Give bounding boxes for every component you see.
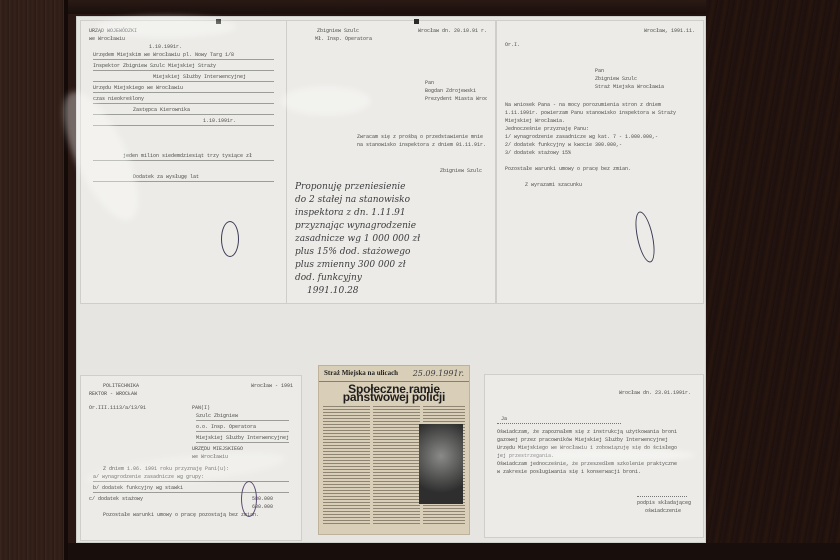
- handwritten-line: zasadnicze wg 1 000 000 zł: [295, 233, 487, 246]
- document-transfer-request: Zbigniew Szulc Mł. Insp. Operatora Wrocł…: [286, 20, 496, 304]
- recipient-line: Szulc Zbigniew: [196, 412, 289, 421]
- doc-line: Zastępca Kierownika: [93, 106, 274, 115]
- wooden-wall-right: [706, 0, 840, 560]
- doc-line: Oświadczam jednocześnie, że przeszedłem …: [497, 460, 691, 468]
- doc-date: Wrocław, 1991.11.: [505, 27, 695, 35]
- recipient-line: PAN(I): [192, 404, 293, 412]
- handwritten-date: 1991.10.28: [295, 285, 487, 298]
- recipient-line: URZĘDU MIEJSKIEGO: [192, 445, 293, 453]
- doc-line: Urzędu Miejskiego we Wrocławiu: [93, 84, 274, 93]
- recipient-line: Pan: [595, 67, 695, 75]
- request-body: Zwracam się z prośbą o przedstawienie mn…: [295, 133, 487, 149]
- doc-line: Oświadczam, że zapoznałem się z instrukc…: [497, 428, 691, 436]
- doc-line: Miejskiej Służby Interwencyjnej: [93, 73, 274, 82]
- recipient-line: Pan: [425, 79, 487, 87]
- doc-date: Wrocław dn. 23.01.1991r.: [497, 389, 691, 397]
- newspaper-clipping: Straż Miejska na ulicach 25.09.1991r. Sp…: [318, 365, 470, 535]
- document-appointment-letter: Wrocław, 1991.11. Or.I. Pan Zbigniew Szu…: [496, 20, 704, 304]
- recipient-line: Miejskiej Służby Interwencyjnej: [196, 434, 289, 443]
- handwritten-date: 25.09.1991r.: [413, 369, 464, 378]
- handwritten-line: plus zmienny 300 000 zł: [295, 259, 487, 272]
- signature-mark: [632, 210, 658, 264]
- signature-mark: [221, 221, 239, 257]
- sender-title: Mł. Insp. Operatora: [295, 35, 372, 43]
- doc-line: Pozostałe warunki umowy o pracę bez zmia…: [505, 165, 695, 173]
- signature-name: Zbigniew Szulc: [295, 167, 487, 175]
- recipient-line: Bogdan Zdrojewski: [425, 87, 487, 95]
- document-employment-contract: URZĄD WOJEWÓDZKI we Wrocławiu 1.10.1991r…: [80, 20, 287, 304]
- recipient-line: Zbigniew Szulc: [595, 75, 695, 83]
- doc-line: Inspektor Zbigniew Szulc Miejskiej Straż…: [93, 62, 274, 71]
- document-salary-notice: POLITECHNIKA REKTOR - WROCŁAW Wrocław - …: [80, 375, 302, 541]
- clipping-headline: Społeczne ramię państwowej policji: [319, 382, 469, 404]
- doc-line: jej przestrzegania.: [497, 452, 691, 460]
- doc-line: we Wrocławiu: [89, 35, 278, 43]
- doc-line: czas nieokreślony: [93, 95, 274, 104]
- doc-line: 1/ wynagrodzenie zasadnicze wg kat. 7 - …: [505, 133, 695, 141]
- doc-line: URZĄD WOJEWÓDZKI: [89, 27, 278, 35]
- doc-line: Jednocześnie przyznaję Panu:: [505, 125, 695, 133]
- amount: 680.000: [89, 503, 293, 511]
- handwritten-line: dod. funkcyjny: [295, 272, 487, 285]
- recipient-line: Straż Miejska Wrocławia: [595, 83, 695, 91]
- handwritten-line: Proponuję przeniesienie: [295, 181, 487, 194]
- handwritten-line: przyznając wynagrodzenie: [295, 220, 487, 233]
- wooden-wall-left: [0, 0, 68, 560]
- frame-bottom-edge: [68, 543, 840, 560]
- doc-line: c/ dodatek stażowy: [89, 495, 143, 503]
- name-field: Ja: [497, 415, 621, 424]
- doc-line: jeden milion siedemdziesiąt trzy tysiące…: [93, 152, 274, 161]
- doc-line: Na wniosek Pana - na mocy porozumienia s…: [505, 101, 695, 109]
- doc-line: 1.11.1991r. powierzam Panu stanowisko in…: [505, 109, 695, 117]
- signature-line: [637, 496, 687, 497]
- handwritten-line: plus 15% dod. stażowego: [295, 246, 487, 259]
- officer-photo: [419, 424, 463, 504]
- sender-name: Zbigniew Szulc: [295, 27, 372, 35]
- doc-line: w zakresie posługiwania się i konserwacj…: [497, 468, 691, 476]
- stamp-mark: [241, 481, 257, 517]
- document-weapon-declaration: Wrocław dn. 23.01.1991r. Ja Oświadczam, …: [484, 374, 704, 538]
- clipping-section: Straż Miejska na ulicach: [324, 369, 398, 378]
- doc-line: Miejskiej Wrocławia.: [505, 117, 695, 125]
- display-frame: URZĄD WOJEWÓDZKI we Wrocławiu 1.10.1991r…: [76, 16, 706, 543]
- document-text: URZĄD WOJEWÓDZKI we Wrocławiu 1.10.1991r…: [81, 21, 286, 190]
- handwritten-line: do 2 stałej na stanowisko: [295, 194, 487, 207]
- doc-date: Wrocław dn. 20.10.91 r.: [418, 27, 487, 43]
- doc-line: a/ wynagrodzenie zasadnicze wg grupy:: [93, 473, 289, 482]
- doc-line: gazowej przez pracowników Miejskiej Służ…: [497, 436, 691, 444]
- doc-line: Z wyrazami szacunku: [505, 181, 695, 189]
- doc-date: Wrocław - 1991: [251, 382, 293, 398]
- doc-line: 1.10.1991r.: [93, 117, 274, 126]
- doc-line: Urzędem Miejskim we Wrocławiu pl. Nowy T…: [93, 51, 274, 60]
- recipient-line: we Wrocławiu: [192, 453, 293, 461]
- mounting-pin: [216, 19, 221, 24]
- doc-line: 2/ dodatek funkcyjny w kwocie 300.000,-: [505, 141, 695, 149]
- doc-reference: Or.III.1113/a/13/91: [89, 404, 146, 461]
- signature-caption: oświadczenie: [637, 507, 691, 515]
- handwritten-line: inspektora z dn. 1.11.91: [295, 207, 487, 220]
- text-column: [323, 404, 370, 524]
- mounting-pin: [414, 19, 419, 24]
- issuer: POLITECHNIKA: [89, 382, 139, 390]
- recipient-line: Prezydent Miasta Wrocławia: [425, 95, 487, 103]
- doc-line: b/ dodatek funkcyjny wg stawki: [93, 484, 289, 493]
- signature-caption: podpis składającego: [637, 499, 691, 507]
- doc-reference: Or.I.: [505, 41, 695, 49]
- doc-line: Pozostałe warunki umowy o pracę pozostaj…: [89, 511, 293, 519]
- doc-line: Z dniem 1.06. 1991 roku przyznaję Pani(u…: [89, 465, 293, 473]
- doc-date: 1.10.1991r.: [89, 43, 278, 51]
- recipient-line: o.o. Insp. Operatora: [196, 423, 289, 432]
- doc-line: 3/ dodatek stażowy 15%: [505, 149, 695, 157]
- doc-line: Urzędu Miejskiego we Wrocławiu i zobowią…: [497, 444, 691, 452]
- issuer: REKTOR - WROCŁAW: [89, 390, 139, 398]
- doc-line: Dodatek za wysługę lat: [93, 173, 274, 182]
- text-column: [373, 404, 420, 524]
